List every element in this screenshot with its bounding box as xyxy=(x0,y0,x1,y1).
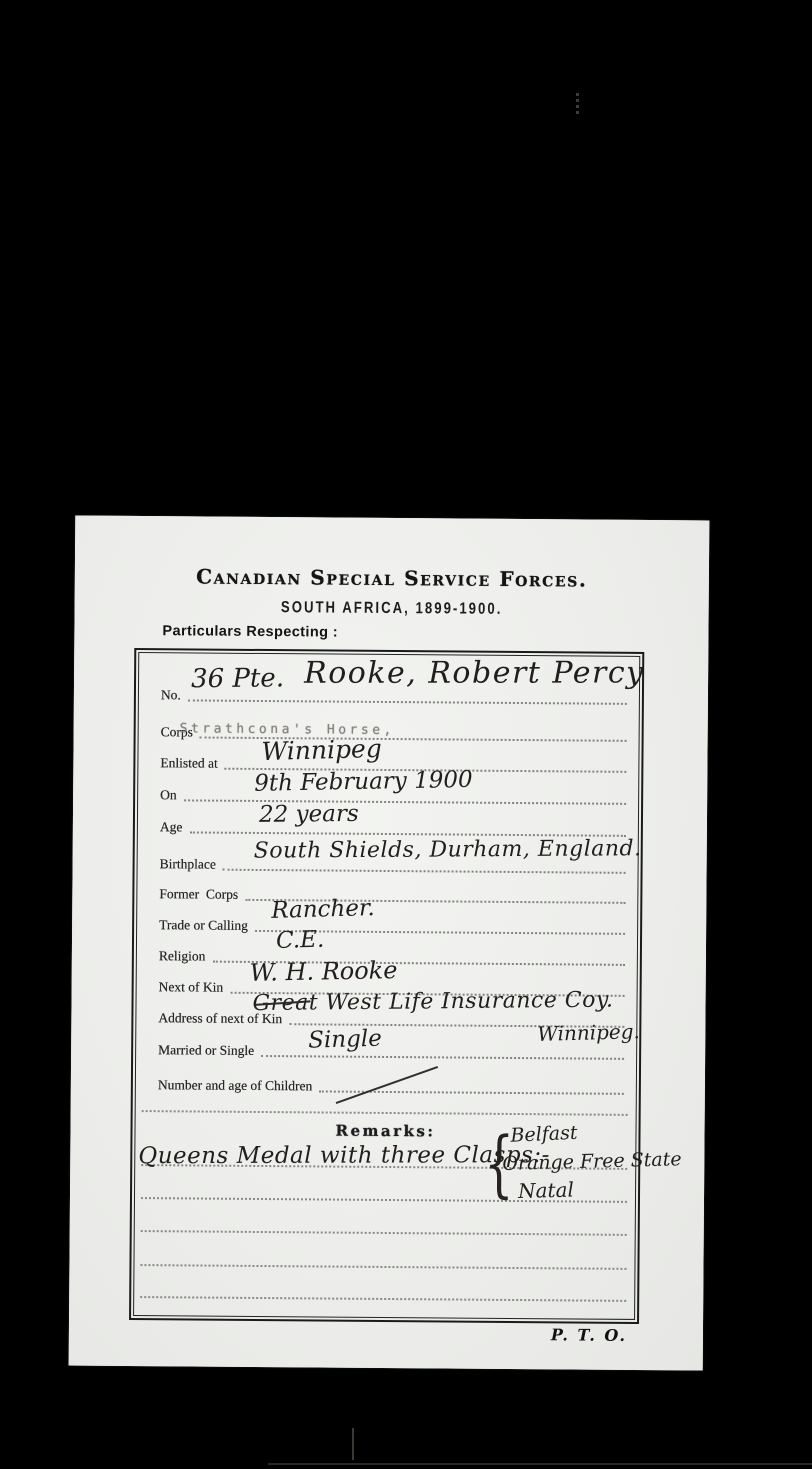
handwritten-clasp-orange-free-state: Orange Free State xyxy=(502,1150,682,1174)
handwritten-next-of-kin: W. H. Rooke xyxy=(250,958,398,985)
field-label-religion: Religion xyxy=(159,947,213,965)
scan-artifact-dotted-mark xyxy=(576,93,579,117)
field-label-children: Number and age of Children xyxy=(158,1076,320,1095)
scanned-document-page: Canadian Special Service Forces. SOUTH A… xyxy=(69,516,710,1371)
dotted-line xyxy=(188,699,627,704)
field-row-children: Number and age of Children xyxy=(158,1074,624,1098)
document-title: Canadian Special Service Forces. xyxy=(75,564,709,593)
handwritten-clasp-natal: Natal xyxy=(518,1179,574,1201)
handwritten-clasp-belfast: Belfast xyxy=(510,1124,578,1146)
dotted-line xyxy=(261,1055,624,1060)
field-label-age: Age xyxy=(160,818,190,836)
field-label-enlisted-at: Enlisted at xyxy=(160,754,225,773)
handwritten-enlisted-at: Winnipeg xyxy=(261,736,382,764)
field-row-trade: Trade or Calling xyxy=(159,914,625,938)
handwritten-religion: C.E. xyxy=(276,929,325,953)
document-subtitle-wrap: SOUTH AFRICA, 1899-1900. xyxy=(75,598,709,621)
field-label-birthplace: Birthplace xyxy=(160,855,223,873)
scan-artifact-tick xyxy=(352,1428,354,1460)
dotted-line xyxy=(223,869,626,874)
particulars-respecting-label: Particulars Respecting : xyxy=(162,623,338,640)
handwritten-enlist-date: 9th February 1900 xyxy=(254,769,473,796)
field-label-on: On xyxy=(160,786,184,804)
particulars-form-box: No. Corps Enlisted at On Age Birthplace … xyxy=(129,648,644,1324)
document-subtitle: SOUTH AFRICA, 1899-1900. xyxy=(281,599,503,619)
handwritten-kin-city: Winnipeg. xyxy=(537,1021,640,1044)
please-turn-over-label: P. T. O. xyxy=(551,1325,627,1345)
handwritten-no-number: 36 Pte. xyxy=(191,665,284,692)
blank-ruled-line xyxy=(141,1230,627,1236)
handwritten-birthplace: South Shields, Durham, England. xyxy=(254,838,642,862)
handwritten-trade: Rancher. xyxy=(271,897,375,923)
blank-ruled-line xyxy=(142,1110,628,1116)
field-label-married-single: Married or Single xyxy=(158,1041,261,1060)
dotted-line xyxy=(184,799,627,804)
field-label-former-corps: Former Corps xyxy=(159,885,245,904)
field-label-no: No. xyxy=(161,686,188,704)
handwritten-age: 22 years xyxy=(259,803,359,827)
blank-ruled-line xyxy=(140,1264,626,1270)
field-label-trade: Trade or Calling xyxy=(159,916,255,935)
scan-artifact-edge-line xyxy=(268,1463,812,1465)
handwritten-married-single: Single xyxy=(308,1028,382,1053)
blank-ruled-line xyxy=(140,1296,626,1302)
handwritten-name: Rooke, Robert Percy xyxy=(304,659,644,689)
field-label-next-of-kin: Next of Kin xyxy=(159,978,231,997)
field-row-former-corps: Former Corps xyxy=(159,883,625,907)
